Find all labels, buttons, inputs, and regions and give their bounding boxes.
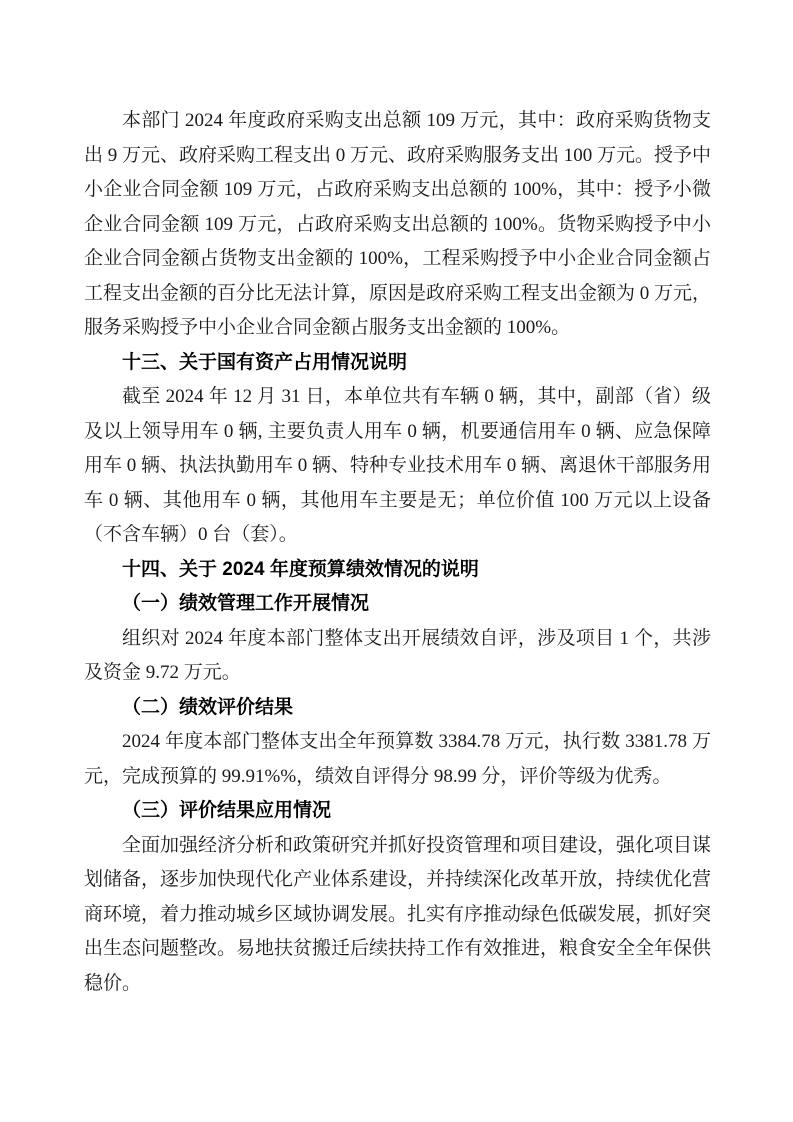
paragraph-performance-self-evaluation: 组织对 2024 年度本部门整体支出开展绩效自评，涉及项目 1 个，共涉及资金 … bbox=[84, 622, 711, 691]
paragraph-results-application: 全面加强经济分析和政策研究并抓好投资管理和项目建设，强化项目谋划储备，逐步加快现… bbox=[84, 829, 711, 1002]
subheading-evaluation-results: （二）绩效评价结果 bbox=[84, 691, 711, 726]
heading-section-14-budget-performance: 十四、关于 2024 年度预算绩效情况的说明 bbox=[84, 553, 711, 588]
subheading-results-application: （三）评价结果应用情况 bbox=[84, 794, 711, 829]
document-body: 本部门 2024 年度政府采购支出总额 109 万元，其中：政府采购货物支出 9… bbox=[84, 104, 711, 1001]
subheading-performance-management: （一）绩效管理工作开展情况 bbox=[84, 587, 711, 622]
heading-section-13-state-assets: 十三、关于国有资产占用情况说明 bbox=[84, 346, 711, 381]
paragraph-government-procurement: 本部门 2024 年度政府采购支出总额 109 万元，其中：政府采购货物支出 9… bbox=[84, 104, 711, 346]
paragraph-evaluation-results: 2024 年度本部门整体支出全年预算数 3384.78 万元，执行数 3381.… bbox=[84, 725, 711, 794]
document-page: 本部门 2024 年度政府采购支出总额 109 万元，其中：政府采购货物支出 9… bbox=[0, 0, 793, 1122]
paragraph-state-assets-vehicles: 截至 2024 年 12 月 31 日，本单位共有车辆 0 辆，其中，副部（省）… bbox=[84, 380, 711, 553]
